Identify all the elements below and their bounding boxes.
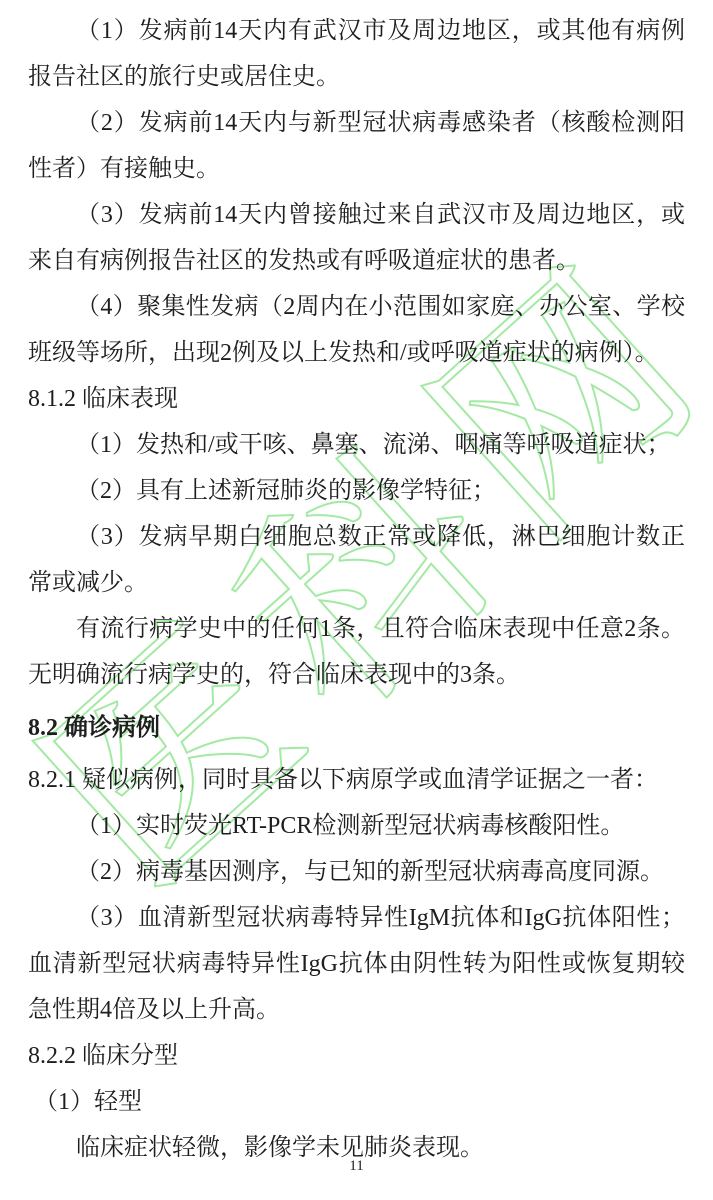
paragraph: 8.1.2 临床表现 — [28, 376, 685, 422]
paragraph: （1）发病前14天内有武汉市及周边地区，或其他有病例报告社区的旅行史或居住史。 — [28, 8, 685, 100]
paragraph: 8.2.2 临床分型 — [28, 1033, 685, 1079]
document-body: （1）发病前14天内有武汉市及周边地区，或其他有病例报告社区的旅行史或居住史。（… — [0, 0, 713, 1171]
paragraph: （1）发热和/或干咳、鼻塞、流涕、咽痛等呼吸道症状； — [28, 422, 685, 468]
paragraph: （1）实时荧光RT-PCR检测新型冠状病毒核酸阳性。 — [28, 803, 685, 849]
page-number: 11 — [0, 1158, 713, 1174]
paragraph: （2）具有上述新冠肺炎的影像学特征； — [28, 468, 685, 514]
paragraph: 有流行病学史中的任何1条，且符合临床表现中任意2条。无明确流行病学史的，符合临床… — [28, 606, 685, 698]
paragraph: （2）病毒基因测序，与已知的新型冠状病毒高度同源。 — [28, 849, 685, 895]
paragraph: （3）发病前14天内曾接触过来自武汉市及周边地区，或来自有病例报告社区的发热或有… — [28, 192, 685, 284]
paragraph: （3）血清新型冠状病毒特异性IgM抗体和IgG抗体阳性；血清新型冠状病毒特异性I… — [28, 895, 685, 1033]
paragraph: （3）发病早期白细胞总数正常或降低，淋巴细胞计数正常或减少。 — [28, 514, 685, 606]
paragraph: （2）发病前14天内与新型冠状病毒感染者（核酸检测阳性者）有接触史。 — [28, 100, 685, 192]
paragraph: 8.2.1 疑似病例，同时具备以下病原学或血清学证据之一者： — [28, 757, 685, 803]
document-page: 医科网 （1）发病前14天内有武汉市及周边地区，或其他有病例报告社区的旅行史或居… — [0, 0, 713, 1200]
paragraph: （1）轻型 — [28, 1079, 685, 1125]
paragraph: （4）聚集性发病（2周内在小范围如家庭、办公室、学校班级等场所，出现2例及以上发… — [28, 284, 685, 376]
paragraph: 8.2 确诊病例 — [28, 705, 685, 751]
